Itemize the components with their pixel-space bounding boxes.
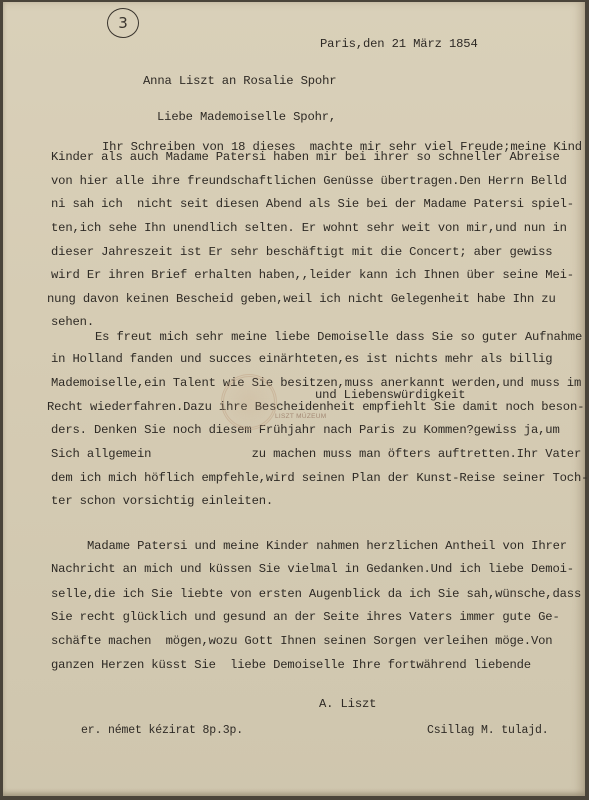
body-line: ni sah ich nicht seit diesen Abend als S…: [51, 197, 574, 211]
paragraph2-line: Madame Patersi und meine Kinder nahmen h…: [87, 539, 567, 553]
body-line: Es freut mich sehr meine liebe Demoisell…: [95, 330, 582, 344]
letter-heading: Anna Liszt an Rosalie Spohr: [143, 74, 336, 88]
paragraph2-line: Nachricht an mich und küssen Sie vielmal…: [51, 562, 574, 576]
paragraph2-line: selle,die ich Sie liebte von ersten Auge…: [51, 587, 581, 601]
body-line: dem ich mich höflich empfehle,wird seine…: [51, 471, 588, 485]
body-line: wird Er ihren Brief erhalten haben,,leid…: [51, 268, 574, 282]
footer-ownership-note: Csillag M. tulajd.: [427, 724, 549, 737]
museum-seal-icon: [221, 374, 277, 430]
paragraph2-line: ganzen Herzen küsst Sie liebe Demoiselle…: [51, 658, 531, 672]
salutation: Liebe Mademoiselle Spohr,: [157, 110, 336, 124]
signature: A. Liszt: [319, 697, 376, 711]
dateline: Paris,den 21 März 1854: [320, 37, 478, 51]
body-line: von hier alle ihre freundschaftlichen Ge…: [51, 174, 567, 188]
body-line: nung davon keinen Bescheid geben,weil ic…: [47, 292, 556, 306]
body-line: ten,ich sehe Ihn unendlich selten. Er wo…: [51, 221, 567, 235]
body-line: Kinder als auch Madame Patersi haben mir…: [51, 150, 560, 164]
body-line: in Holland fanden und succes einärhteten…: [51, 352, 552, 366]
paragraph2-line: Sie recht glücklich und gesund an der Se…: [51, 610, 560, 624]
body-line: Recht wiederfahren.Dazu ihre Bescheidenh…: [47, 400, 584, 414]
document-page: 3 Paris,den 21 März 1854 Anna Liszt an R…: [3, 2, 585, 796]
watermark-label: LISZT MÚZEUM: [275, 413, 327, 420]
paragraph2-line: schäfte machen mögen,wozu Gott Ihnen sei…: [51, 634, 552, 648]
body-line: ders. Denken Sie noch diesem Frühjahr na…: [51, 423, 560, 437]
body-line: sehen.: [51, 315, 94, 329]
page-number-circle: 3: [107, 8, 139, 38]
body-line: ter schon vorsichtig einleiten.: [51, 494, 273, 508]
body-line: Sich allgemein zu machen muss man öfters…: [51, 447, 581, 461]
body-line: dieser Jahreszeit ist Er sehr beschäftig…: [51, 245, 552, 259]
footer-archive-note: er. német kézirat 8p.3p.: [81, 724, 243, 737]
